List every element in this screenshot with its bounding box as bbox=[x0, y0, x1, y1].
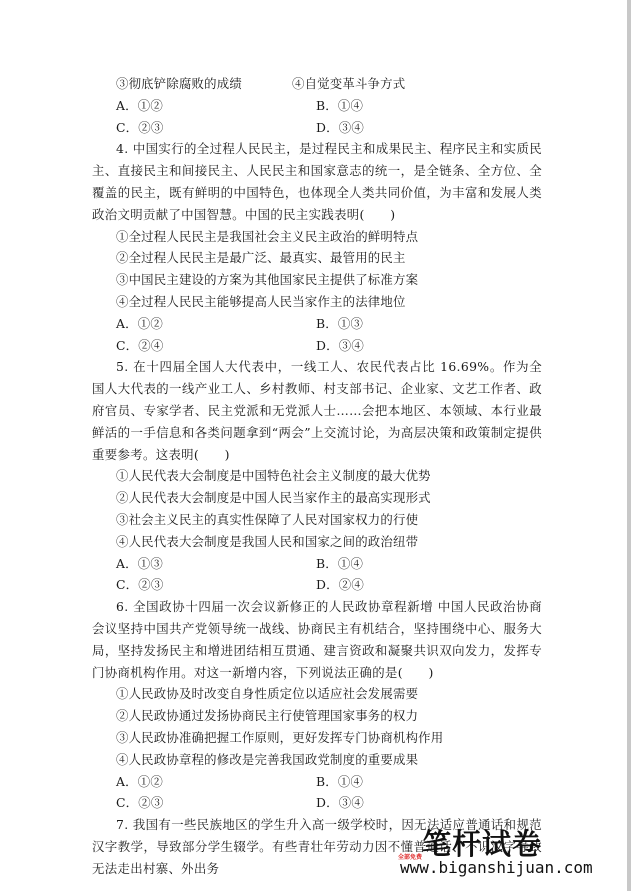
answer-d: D．③④ bbox=[316, 335, 364, 357]
answer-a: A．①② bbox=[116, 313, 316, 335]
answer-c: C．②③ bbox=[116, 792, 316, 814]
question-6-stem: 6. 全国政协十四届一次会议新修正的人民政协章程新增 中国人民政治协商会议坚持中… bbox=[92, 596, 542, 683]
watermark-title: 笔杆试卷 bbox=[422, 822, 542, 863]
answer-b: B．①④ bbox=[316, 771, 363, 793]
question-4-stem: 4. 中国实行的全过程人民民主，是过程民主和成果民主、程序民主和实质民主、直接民… bbox=[92, 138, 542, 225]
answer-row: C．②④ D．③④ bbox=[92, 335, 542, 357]
question-4-statement-2: ②全过程人民民主是最广泛、最真实、最管用的民主 bbox=[92, 247, 542, 269]
question-5-statement-3: ③社会主义民主的真实性保障了人民对国家权力的行使 bbox=[92, 509, 542, 531]
answer-row: A．①② B．①③ bbox=[92, 313, 542, 335]
question-6-statement-2: ②人民政协通过发扬协商民主行使管理国家事务的权力 bbox=[92, 705, 542, 727]
answer-a: A．①② bbox=[116, 771, 316, 793]
answer-d: D．②④ bbox=[316, 574, 364, 596]
answer-d: D．③④ bbox=[316, 117, 364, 139]
question-4-statement-3: ③中国民主建设的方案为其他国家民主提供了标准方案 bbox=[92, 269, 542, 291]
answer-row: C．②③ D．②④ bbox=[92, 574, 542, 596]
page-edge-shadow bbox=[627, 0, 631, 891]
answer-row: C．②③ D．③④ bbox=[92, 792, 542, 814]
question-4-statement-1: ①全过程人民民主是我国社会主义民主政治的鲜明特点 bbox=[92, 226, 542, 248]
question-5-statement-1: ①人民代表大会制度是中国特色社会主义制度的最大优势 bbox=[92, 465, 542, 487]
answer-b: B．①④ bbox=[316, 95, 363, 117]
question-4-statement-4: ④全过程人民民主能够提高人民当家作主的法律地位 bbox=[92, 291, 542, 313]
answer-a: A．①③ bbox=[116, 553, 316, 575]
answer-row: A．①② B．①④ bbox=[92, 95, 542, 117]
answer-a: A．①② bbox=[116, 95, 316, 117]
answer-c: C．②④ bbox=[116, 335, 316, 357]
question-6-statement-4: ④人民政协章程的修改是完善我国政党制度的重要成果 bbox=[92, 749, 542, 771]
exam-page: ③彻底铲除腐败的成绩 ④自觉变革斗争方式 A．①② B．①④ C．②③ D．③④… bbox=[92, 73, 542, 879]
watermark-logo: 笔杆试卷 全部免费 www.biganshijuan.com bbox=[398, 822, 598, 884]
answer-row: C．②③ D．③④ bbox=[92, 117, 542, 139]
answer-row: A．①② B．①④ bbox=[92, 771, 542, 793]
question-5-statement-4: ④人民代表大会制度是我国人民和国家之间的政治纽带 bbox=[92, 531, 542, 553]
answer-b: B．①④ bbox=[316, 553, 363, 575]
watermark-url: www.biganshijuan.com bbox=[400, 858, 593, 877]
answer-row: A．①③ B．①④ bbox=[92, 553, 542, 575]
statement-3: ③彻底铲除腐败的成绩 bbox=[116, 73, 292, 95]
answer-d: D．③④ bbox=[316, 792, 364, 814]
answer-c: C．②③ bbox=[116, 574, 316, 596]
statement-4: ④自觉变革斗争方式 bbox=[292, 73, 405, 95]
answer-c: C．②③ bbox=[116, 117, 316, 139]
carryover-statements-row: ③彻底铲除腐败的成绩 ④自觉变革斗争方式 bbox=[92, 73, 542, 95]
question-6-statement-1: ①人民政协及时改变自身性质定位以适应社会发展需要 bbox=[92, 683, 542, 705]
answer-b: B．①③ bbox=[316, 313, 363, 335]
question-6-statement-3: ③人民政协准确把握工作原则，更好发挥专门协商机构作用 bbox=[92, 727, 542, 749]
question-5-stem: 5. 在十四届全国人大代表中，一线工人、农民代表占比 16.69%。作为全国人大… bbox=[92, 356, 542, 465]
question-5-statement-2: ②人民代表大会制度是中国人民当家作主的最高实现形式 bbox=[92, 487, 542, 509]
